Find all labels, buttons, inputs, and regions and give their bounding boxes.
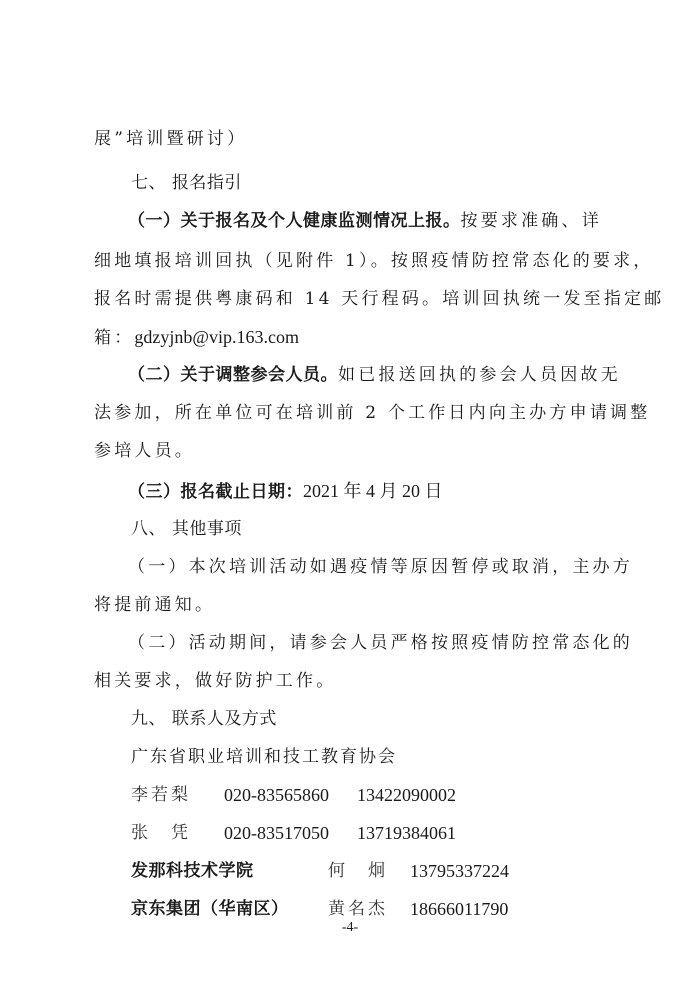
contact-phone: 020-83565860	[224, 784, 329, 806]
contact-mobile: 13719384061	[357, 822, 456, 844]
contact-name: 张 凭	[131, 822, 191, 844]
section-7-item-1-line-2: 细地填报培训回执（见附件 1）。按照疫情防控常态化的要求，	[94, 250, 614, 272]
page-number: -4-	[0, 920, 700, 936]
contact-phone: 020-83517050	[224, 822, 329, 844]
contact-mobile: 13422090002	[357, 784, 456, 806]
section-8-item-2-line-1: （二）活动期间，请参会人员严格按照疫情防控常态化的	[128, 632, 648, 654]
section-8-heading: 八、 其他事项	[131, 518, 651, 540]
contact-name: 何 炯	[328, 860, 388, 882]
section-9-heading: 九、 联系人及方式	[131, 708, 651, 730]
contact-name: 李若梨	[131, 784, 191, 806]
section-7-item-1-line-3: 报名时需提供粤康码和 14 天行程码。培训回执统一发至指定邮	[94, 288, 614, 310]
section-7-item-1-label: （一）关于报名及个人健康监测情况上报。	[128, 211, 461, 231]
email-address: gdzyjnb@vip.163.com	[134, 327, 299, 347]
document-page: 展”培训暨研讨） 七、 报名指引 （一）关于报名及个人健康监测情况上报。按要求准…	[0, 0, 700, 990]
registration-deadline: 2021 年 4 月 20 日	[303, 481, 443, 501]
contact-name: 黄名杰	[328, 898, 388, 920]
section-8-item-1-line-1: （一）本次培训活动如遇疫情等原因暂停或取消，主办方	[128, 556, 648, 578]
section-8-item-1-line-2: 将提前通知。	[94, 594, 614, 616]
contact-mobile: 13795337224	[410, 860, 509, 882]
section-7-item-1-line-4: 箱：gdzyjnb@vip.163.com	[94, 326, 614, 349]
section-7-item-1-text: 按要求准确、详	[461, 211, 602, 231]
section-7-heading: 七、 报名指引	[131, 172, 651, 194]
section-7-item-3-line-1: （三）报名截止日期：2021 年 4 月 20 日	[128, 480, 648, 503]
continuation-line: 展”培训暨研讨）	[94, 128, 614, 150]
section-7-item-1-line-1: （一）关于报名及个人健康监测情况上报。按要求准确、详	[128, 210, 648, 232]
section-7-item-2-line-3: 参培人员。	[94, 440, 614, 462]
section-8-item-2-line-2: 相关要求，做好防护工作。	[94, 670, 614, 692]
section-7-item-2-line-2: 法参加，所在单位可在培训前 2 个工作日内向主办方申请调整	[94, 402, 614, 424]
section-7-item-2-line-1: （二）关于调整参会人员。如已报送回执的参会人员因故无	[128, 364, 648, 386]
org-jd-group: 京东集团（华南区）	[131, 898, 289, 920]
org-fanuc-college: 发那科技术学院	[131, 860, 254, 882]
section-7-item-3-label: （三）报名截止日期：	[128, 482, 303, 502]
org-guangdong-association: 广东省职业培训和技工教育协会	[131, 746, 651, 768]
section-7-item-2-label: （二）关于调整参会人员。	[128, 365, 338, 385]
contact-mobile: 18666011790	[410, 898, 508, 920]
email-prefix: 箱：	[94, 328, 134, 348]
section-7-item-2-text: 如已报送回执的参会人员因故无	[338, 365, 621, 385]
